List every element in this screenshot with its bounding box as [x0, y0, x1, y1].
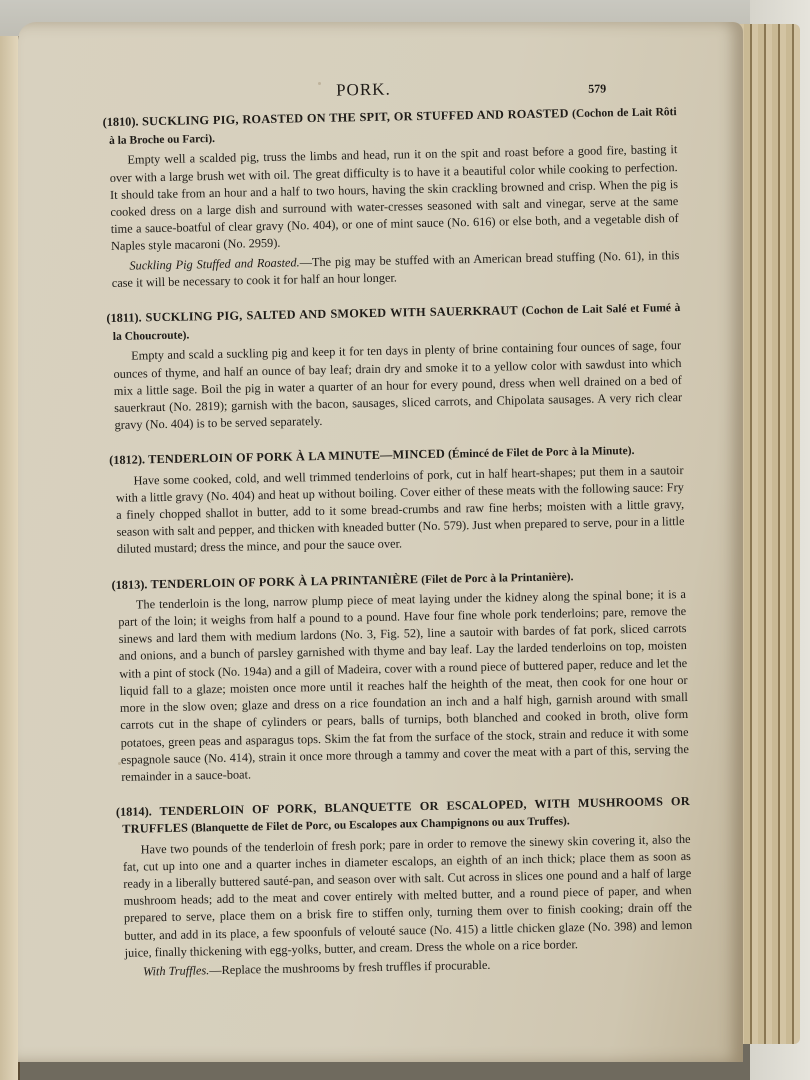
recipe-title: SUCKLING PIG, SALTED AND SMOKED WITH SAU… — [145, 303, 518, 324]
variant-text: —Replace the mushrooms by fresh truffles… — [209, 958, 490, 977]
recipe-title: TENDERLOIN OF PORK À LA PRINTANIÈRE — [150, 572, 418, 591]
recipe-1812: (1812). TENDERLOIN OF PORK À LA MINUTE—M… — [115, 441, 685, 558]
recipe-1810: (1810). SUCKLING PIG, ROASTED ON THE SPI… — [109, 103, 680, 292]
page-number: 579 — [588, 80, 606, 98]
recipe-french-title: (Filet de Porc à la Printanière). — [421, 571, 573, 586]
recipe-title: TENDERLOIN OF PORK À LA MINUTE—MINCED — [148, 447, 445, 467]
recipe-french-title: (Blanquette de Filet de Porc, ou Escalop… — [191, 816, 570, 835]
recipe-number: (1812). — [109, 453, 145, 468]
recipe-body: Empty and scald a suckling pig and keep … — [113, 337, 683, 434]
recipe-number: (1810). — [103, 114, 139, 129]
left-page-edge — [0, 36, 20, 1080]
recipe-1811: (1811). SUCKLING PIG, SALTED AND SMOKED … — [112, 299, 682, 434]
recipe-body: Empty well a scalded pig, truss the limb… — [109, 141, 679, 255]
variant-label: Suckling Pig Stuffed and Roasted. — [129, 255, 299, 272]
variant-label: With Truffles. — [143, 963, 210, 978]
recipe-number: (1814). — [116, 804, 152, 819]
recipe-number: (1811). — [106, 310, 141, 325]
recipe-1814: (1814). TENDERLOIN OF PORK, BLANQUETTE O… — [122, 793, 693, 981]
recipe-body: Have some cooked, cold, and well trimmed… — [115, 462, 685, 559]
recipe-body: The tenderloin is the long, narrow plump… — [118, 586, 690, 786]
recipe-number: (1813). — [111, 577, 147, 592]
recipe-1813: (1813). TENDERLOIN OF PORK À LA PRINTANI… — [117, 566, 689, 786]
page-text: PORK. 579 (1810). SUCKLING PIG, ROASTED … — [108, 75, 693, 999]
recipe-french-title: (Émincé de Filet de Porc à la Minute). — [448, 445, 635, 461]
recipe-body: Have two pounds of the tenderloin of fre… — [123, 830, 693, 961]
running-title: PORK. — [336, 81, 391, 99]
